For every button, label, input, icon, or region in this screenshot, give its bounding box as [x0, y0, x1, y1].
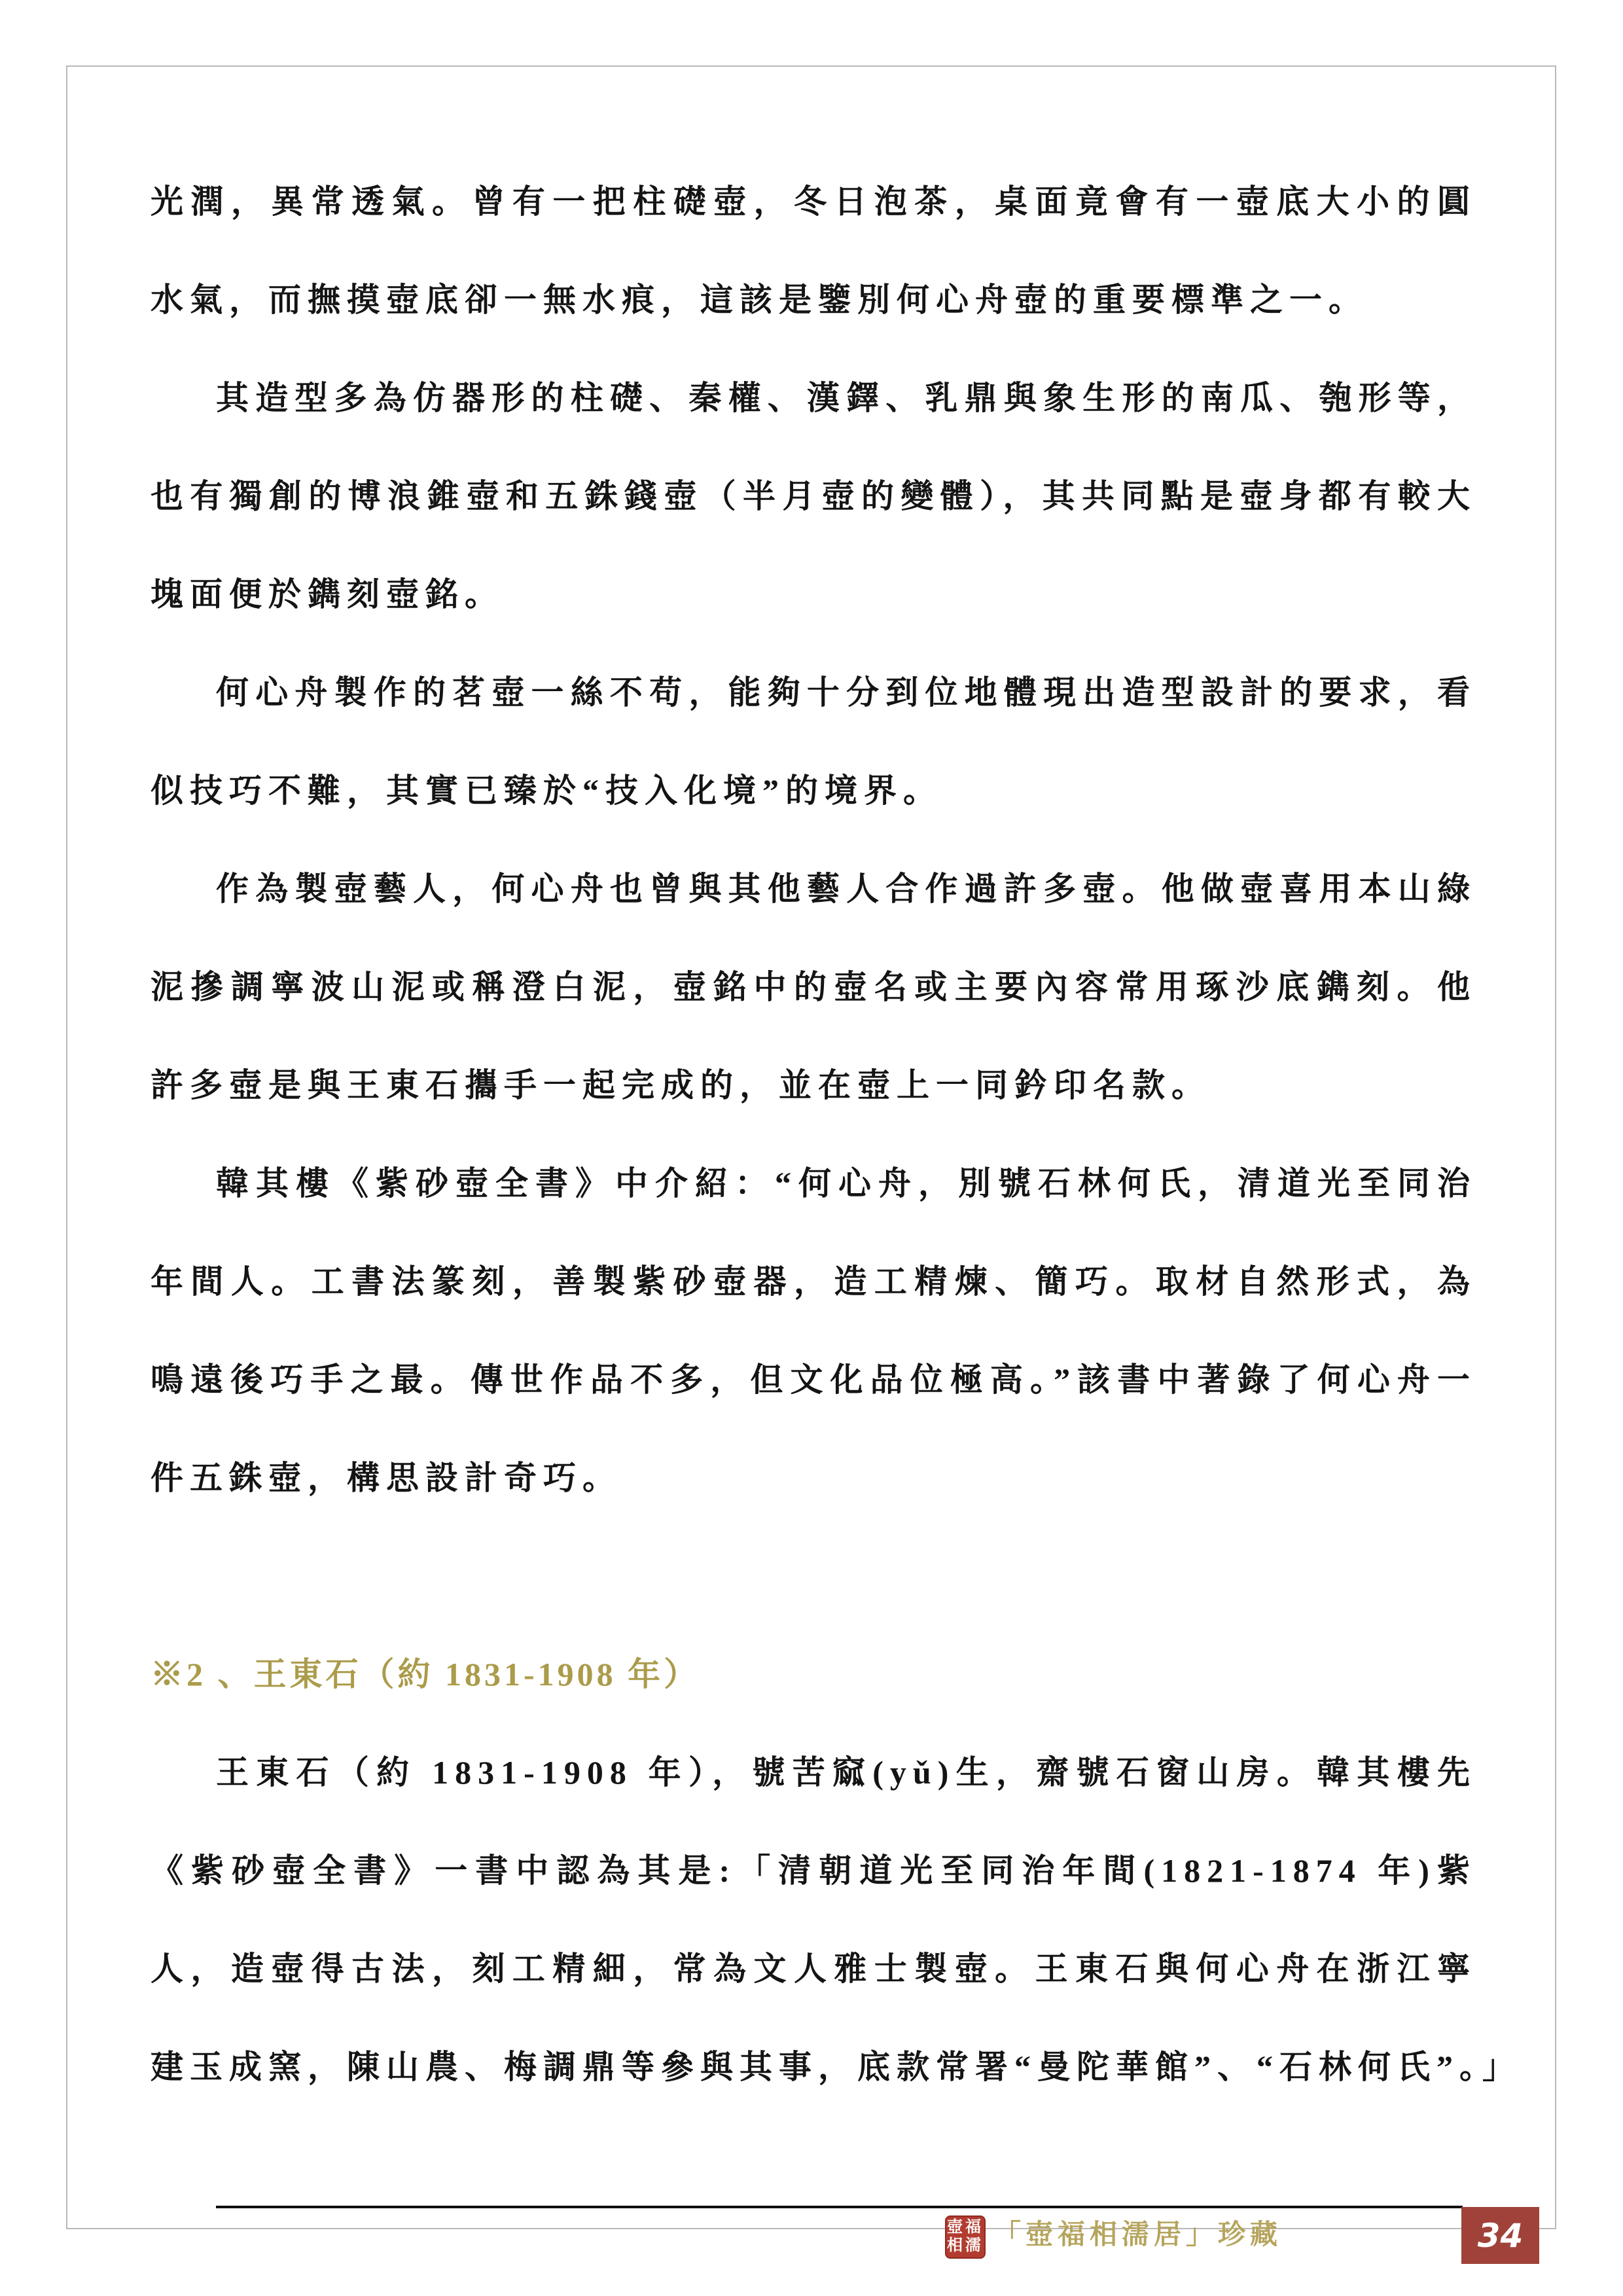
body-line: 王東石（約 1831-1908 年），號苦窳(yǔ)生，齋號石窗山房。韓其樓先生	[151, 1723, 1476, 1821]
body-line: 光潤，異常透氣。曾有一把柱礎壺，冬日泡茶，桌面竟會有一壺底大小的圓形	[151, 152, 1476, 251]
body-line: 塊面便於鐫刻壺銘。	[151, 545, 1476, 643]
body-line: 作為製壺藝人，何心舟也曾與其他藝人合作過許多壺。他做壺喜用本山綠	[151, 840, 1476, 938]
body-line: 件五銖壺，構思設計奇巧。	[151, 1429, 1476, 1527]
body-line: 人，造壺得古法，刻工精細，常為文人雅士製壺。王東石與何心舟在浙江寧波	[151, 1920, 1476, 2018]
body-line: 其造型多為仿器形的柱礎、秦權、漢鐸、乳鼎與象生形的南瓜、匏形等，	[151, 349, 1476, 447]
body-line: 韓其樓《紫砂壺全書》中介紹：“何心舟，別號石林何氏，清道光至同治	[151, 1134, 1476, 1232]
document-page: 光潤，異常透氣。曾有一把柱礎壺，冬日泡茶，桌面竟會有一壺底大小的圓形 水氣，而撫…	[0, 0, 1623, 2296]
body-line: 許多壺是與王東石攜手一起完成的，並在壺上一同鈐印名款。	[151, 1036, 1476, 1134]
body-line: 建玉成窯，陳山農、梅調鼎等參與其事，底款常署“曼陀華館”、“石林何氏”。」	[151, 2018, 1476, 2116]
page-number-badge: 34	[1461, 2207, 1539, 2264]
body-line: 似技巧不難，其實已臻於“技入化境”的境界。	[151, 742, 1476, 840]
collection-label: 「壺福相濡居」珍藏	[993, 2214, 1282, 2256]
collection-seal-stamp: 壺福相濡	[945, 2215, 986, 2259]
body-line: 鳴遠後巧手之最。傳世作品不多，但文化品位極高。”該書中著錄了何心舟一	[151, 1331, 1476, 1429]
document-body: 光潤，異常透氣。曾有一把柱礎壺，冬日泡茶，桌面竟會有一壺底大小的圓形 水氣，而撫…	[151, 152, 1476, 2116]
body-line: 《紫砂壺全書》一書中認為其是:「清朝道光至同治年間(1821-1874 年)紫砂…	[151, 1821, 1476, 1920]
body-line: 何心舟製作的茗壺一絲不苟，能夠十分到位地體現出造型設計的要求，看	[151, 643, 1476, 742]
body-line: 水氣，而撫摸壺底卻一無水痕，這該是鑒別何心舟壺的重要標準之一。	[151, 251, 1476, 349]
body-line: 年間人。工書法篆刻，善製紫砂壺器，造工精煉、簡巧。取材自然形式，為陳	[151, 1232, 1476, 1331]
body-line: 泥摻調寧波山泥或稱澄白泥，壺銘中的壺名或主要內容常用琢沙底鐫刻。他有	[151, 938, 1476, 1036]
page-number: 34	[1478, 2217, 1524, 2255]
body-line: 也有獨創的博浪錐壺和五銖錢壺（半月壺的變體），其共同點是壺身都有較大的	[151, 447, 1476, 545]
paragraph-gap	[151, 1527, 1476, 1625]
footer-divider-line	[216, 2206, 1463, 2208]
section-heading: ※2 、王東石（約 1831-1908 年）	[151, 1625, 1476, 1723]
